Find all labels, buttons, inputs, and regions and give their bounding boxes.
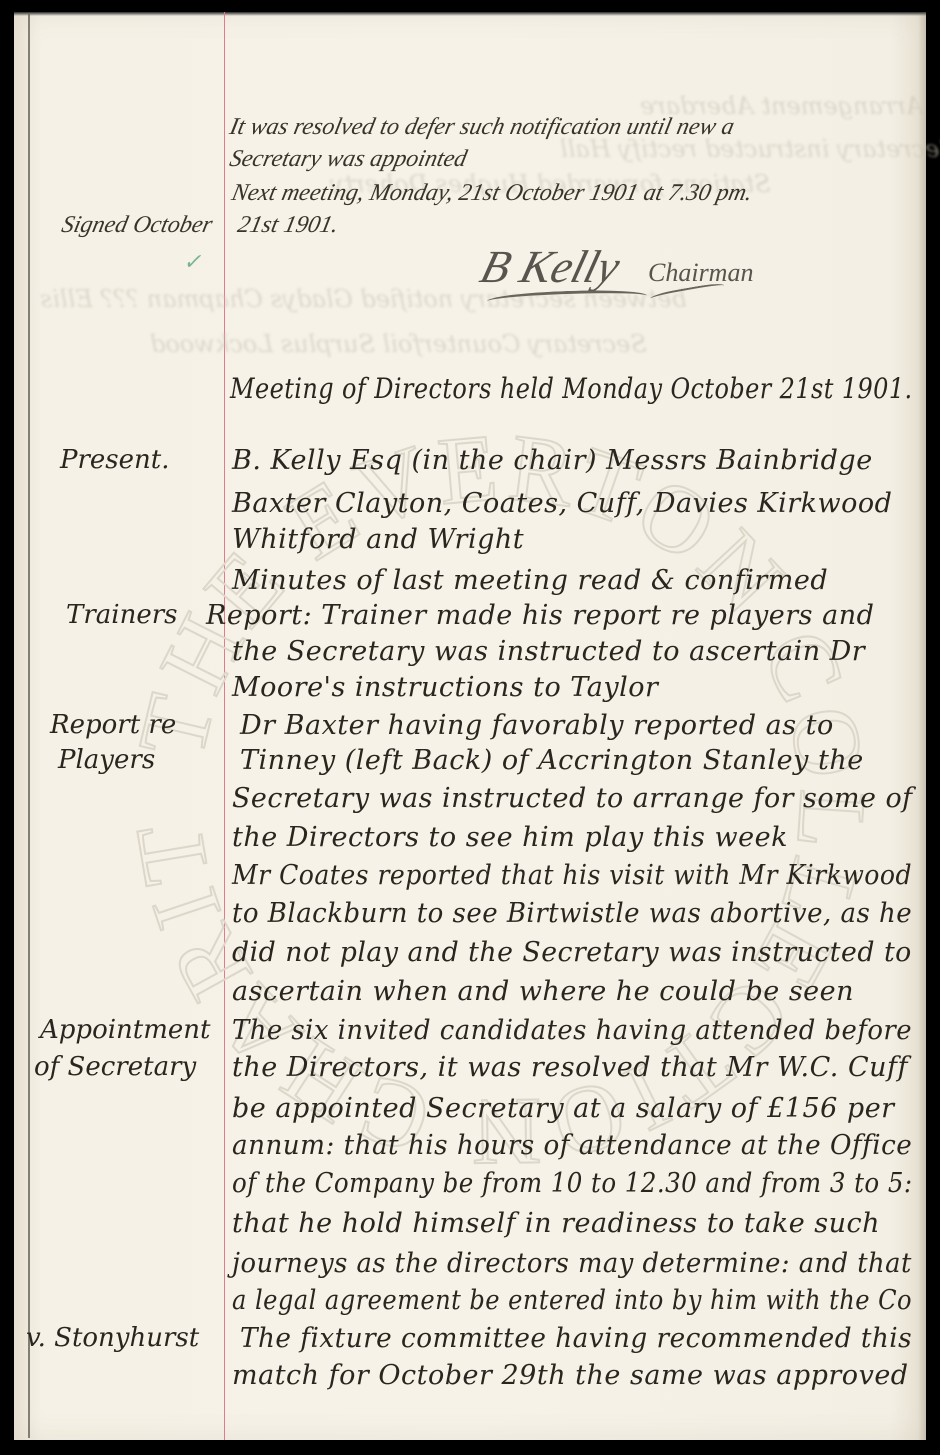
players-line-3: Secretary was instructed to arrange for … [232,783,913,814]
present-line-2: Baxter Clayton, Coates, Cuff, Davies Kir… [232,488,892,519]
previous-line-2: Secretary was appointed [227,146,469,173]
appointment-line-8: a legal agreement be entered into by him… [232,1285,912,1316]
binding-rule [28,14,30,1438]
minutes-confirmed-line: Minutes of last meeting read & confirmed [232,565,828,596]
chairman-signature: B Kelly [475,240,626,293]
appointment-line-2: the Directors, it was resolved that Mr W… [232,1052,908,1083]
appointment-line-1: The six invited candidates having attend… [232,1015,912,1046]
page-top-shadow [14,12,926,16]
side-label-trainers: Trainers [66,600,178,630]
appointment-line-7: journeys as the directors may determine:… [232,1248,912,1279]
margin-rule [224,12,225,1440]
appointment-line-6: that he hold himself in readiness to tak… [232,1208,880,1239]
check-mark-icon: ✓ [183,250,201,275]
present-line-3: Whitford and Wright [232,524,524,555]
previous-line-1: It was resolved to defer such notificati… [227,114,736,141]
present-line-1: B. Kelly Esq (in the chair) Messrs Bainb… [232,445,873,476]
players-line-8: ascertain when and where he could be see… [232,976,854,1007]
stonyhurst-line-2: match for October 29th the same was appr… [232,1360,909,1391]
side-label-report-re: Report re [50,710,176,740]
players-line-5: Mr Coates reported that his visit with M… [232,860,912,891]
stonyhurst-line-1: The fixture committee having recommended… [240,1323,912,1354]
appointment-line-3: be appointed Secretary at a salary of £1… [232,1093,895,1124]
chairman-label: Chairman [648,258,753,288]
players-line-2: Tinney (left Back) of Accrington Stanley… [240,745,864,776]
players-line-4: the Directors to see him play this week [232,822,788,853]
side-label-of-secretary: of Secretary [34,1052,196,1082]
players-line-7: did not play and the Secretary was instr… [232,937,912,968]
appointment-line-5: of the Company be from 10 to 12.30 and f… [232,1168,913,1199]
signed-label: Signed October [59,212,215,239]
trainers-line-3: Moore's instructions to Taylor [232,672,658,703]
meeting-heading: Meeting of Directors held Monday October… [230,372,913,405]
signed-date: 21st 1901. [235,212,341,239]
side-label-stonyhurst: v. Stonyhurst [26,1323,199,1353]
page-edge [918,12,926,1440]
bleed-through-text: Secretary Counterfoil Surplus Lockwood [150,330,647,358]
players-line-1: Dr Baxter having favorably reported as t… [240,710,834,741]
players-line-6: to Blackburn to see Birtwistle was abort… [232,898,912,929]
previous-line-3: Next meeting, Monday, 21st October 1901 … [229,180,755,207]
appointment-line-4: annum: that his hours of attendance at t… [232,1130,912,1161]
trainers-line-1: Report: Trainer made his report re playe… [206,600,874,631]
side-label-present: Present. [60,445,170,475]
side-label-players: Players [58,745,155,775]
side-label-appointment: Appointment [40,1015,210,1045]
trainers-line-2: the Secretary was instructed to ascertai… [232,636,865,667]
